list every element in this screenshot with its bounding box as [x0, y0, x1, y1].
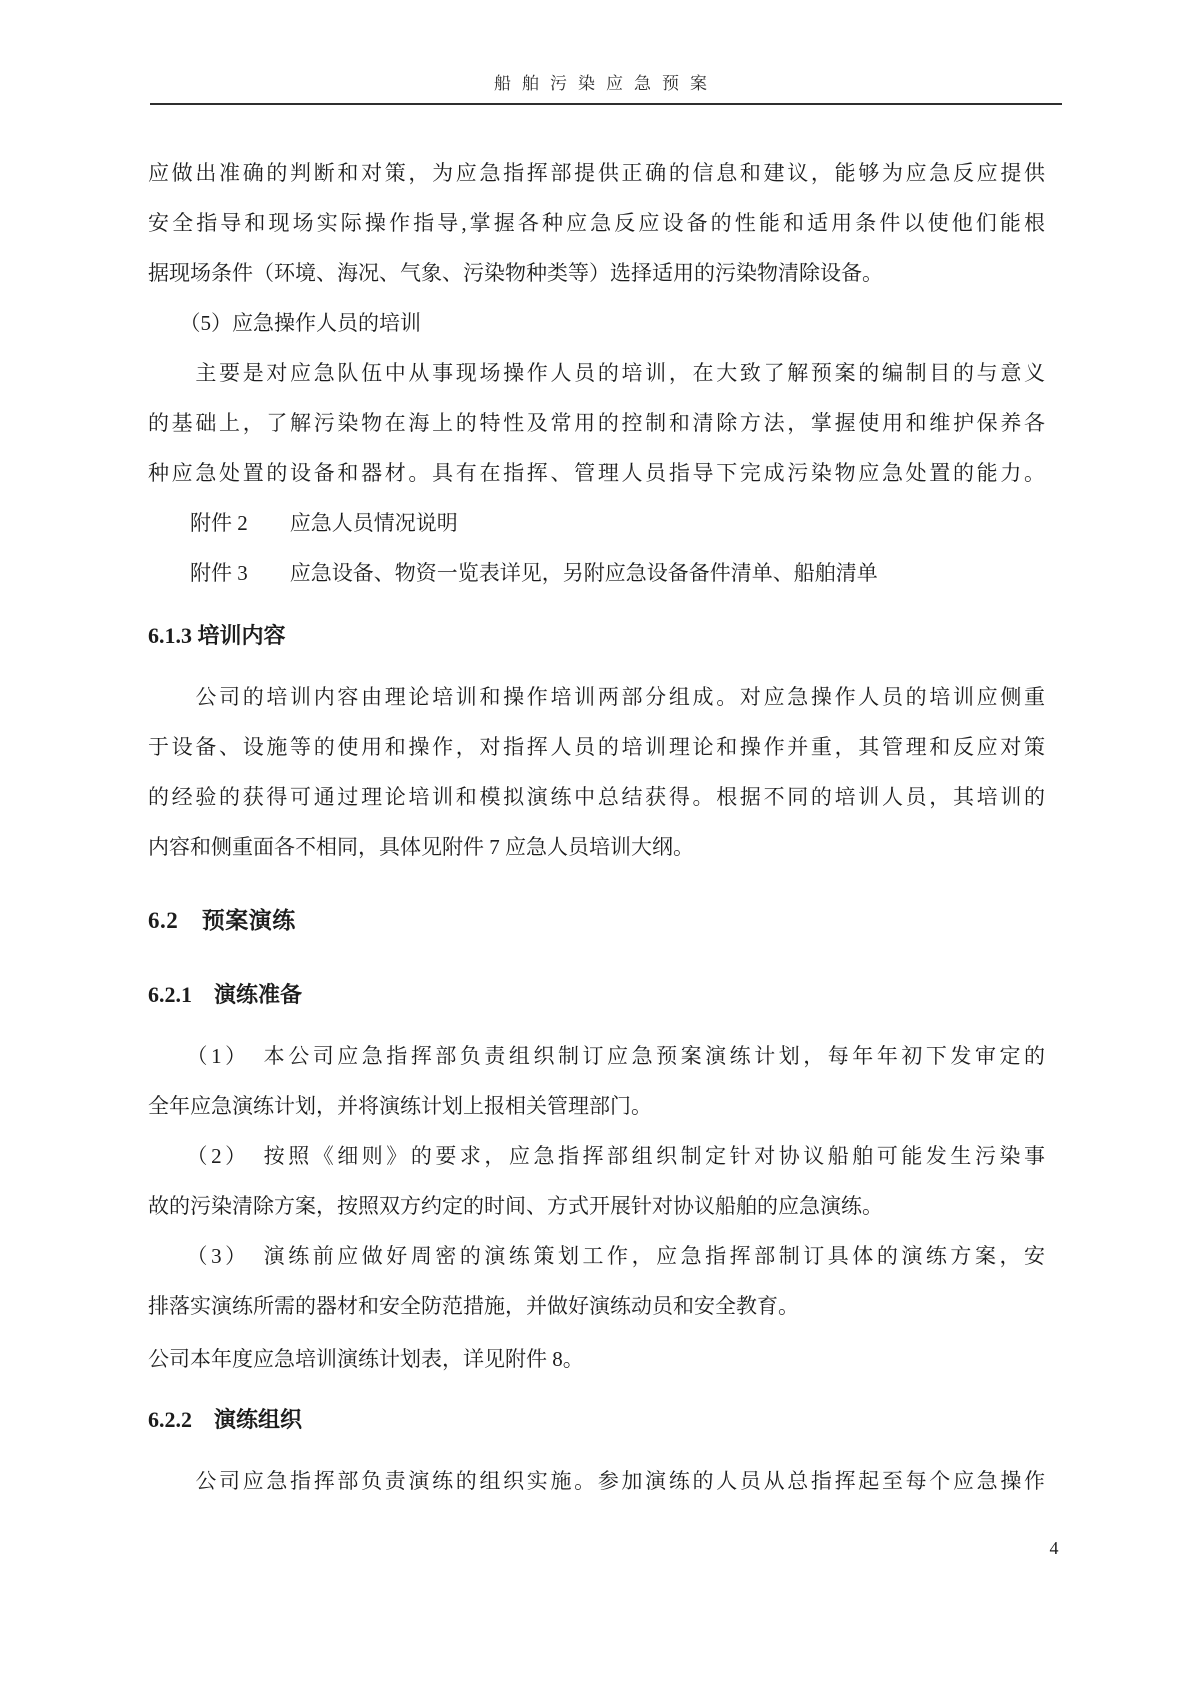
body-line: 的经验的获得可通过理论培训和模拟演练中总结获得。根据不同的培训人员，其培训的 — [148, 772, 1045, 822]
body-line: 种应急处置的设备和器材。具有在指挥、管理人员指导下完成污染物应急处置的能力。 — [148, 448, 1045, 498]
header-title: 船舶污染应急预案 — [150, 72, 1062, 96]
body-line: 主要是对应急队伍中从事现场操作人员的培训，在大致了解预案的编制目的与意义 — [148, 348, 1045, 398]
page-header: 船舶污染应急预案 — [150, 72, 1062, 105]
page-number: 4 — [1038, 1538, 1070, 1559]
heading-6-1-3: 6.1.3 培训内容 — [148, 611, 1045, 661]
body-line: 据现场条件（环境、海况、气象、污染物种类等）选择适用的污染物清除设备。 — [148, 248, 1045, 298]
body-line: 公司本年度应急培训演练计划表，详见附件 8。 — [148, 1334, 1045, 1384]
document-body: 应做出准确的判断和对策，为应急指挥部提供正确的信息和建议，能够为应急反应提供安全… — [148, 148, 1045, 1506]
body-line: 排落实演练所需的器材和安全防范措施，并做好演练动员和安全教育。 — [148, 1281, 1045, 1331]
body-line: （1） 本公司应急指挥部负责组织制订应急预案演练计划，每年年初下发审定的 — [148, 1031, 1045, 1081]
body-line: 应做出准确的判断和对策，为应急指挥部提供正确的信息和建议，能够为应急反应提供 — [148, 148, 1045, 198]
body-line: 内容和侧重面各不相同，具体见附件 7 应急人员培训大纲。 — [148, 822, 1045, 872]
heading-6-2-1: 6.2.1 演练准备 — [148, 970, 1045, 1020]
body-line: 公司应急指挥部负责演练的组织实施。参加演练的人员从总指挥起至每个应急操作 — [148, 1456, 1045, 1506]
document-page: 船舶污染应急预案 应做出准确的判断和对策，为应急指挥部提供正确的信息和建议，能够… — [0, 0, 1191, 1684]
body-line: 于设备、设施等的使用和操作，对指挥人员的培训理论和操作并重，其管理和反应对策 — [148, 722, 1045, 772]
attachment-line: 附件 2 应急人员情况说明 — [148, 498, 1045, 548]
attachment-line: 附件 3 应急设备、物资一览表详见，另附应急设备备件清单、船舶清单 — [148, 548, 1045, 598]
heading-6-2: 6.2 预案演练 — [148, 896, 1045, 946]
body-line: （3） 演练前应做好周密的演练策划工作，应急指挥部制订具体的演练方案，安 — [148, 1231, 1045, 1281]
body-line: 故的污染清除方案，按照双方约定的时间、方式开展针对协议船舶的应急演练。 — [148, 1181, 1045, 1231]
body-line: 全年应急演练计划，并将演练计划上报相关管理部门。 — [148, 1081, 1045, 1131]
body-line: （5）应急操作人员的培训 — [148, 298, 1045, 348]
heading-6-2-2: 6.2.2 演练组织 — [148, 1395, 1045, 1445]
body-line: （2） 按照《细则》的要求，应急指挥部组织制定针对协议船舶可能发生污染事 — [148, 1131, 1045, 1181]
body-line: 的基础上，了解污染物在海上的特性及常用的控制和清除方法，掌握使用和维护保养各 — [148, 398, 1045, 448]
body-line: 公司的培训内容由理论培训和操作培训两部分组成。对应急操作人员的培训应侧重 — [148, 672, 1045, 722]
body-line: 安全指导和现场实际操作指导,掌握各种应急反应设备的性能和适用条件以使他们能根 — [148, 198, 1045, 248]
